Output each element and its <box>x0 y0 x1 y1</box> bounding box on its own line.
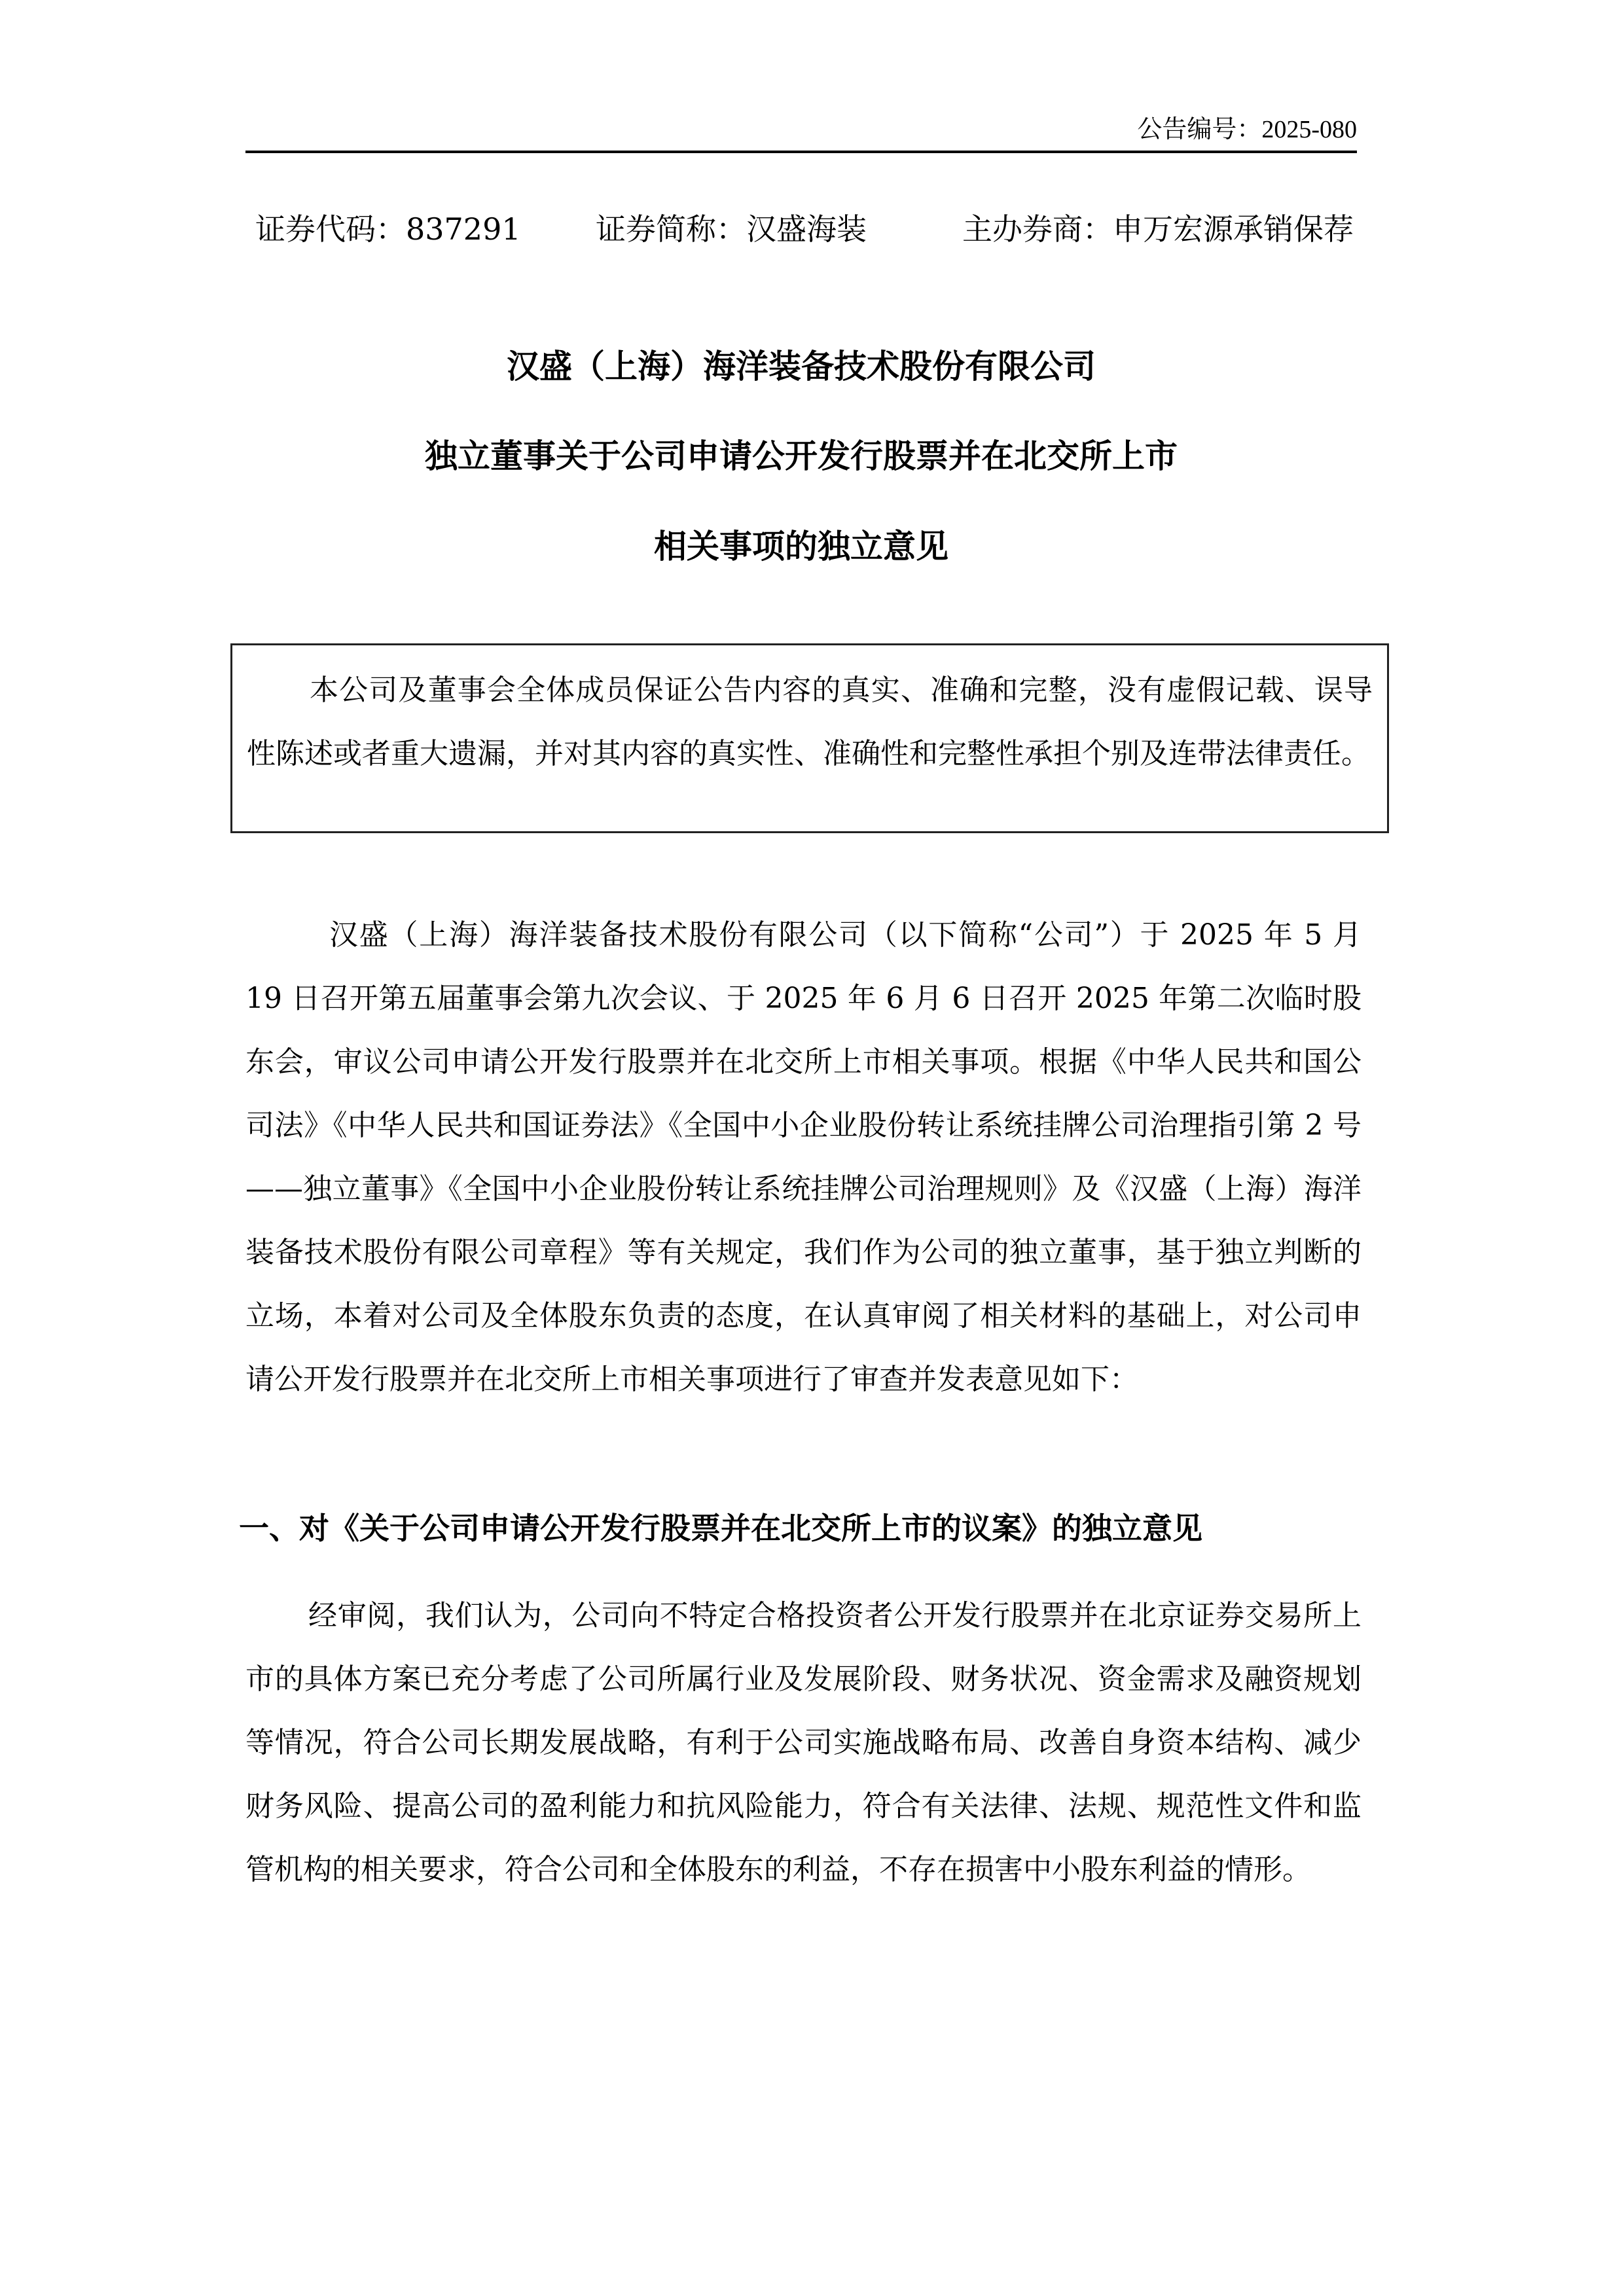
securities-short-name: 证券简称：汉盛海装 <box>596 206 962 252</box>
sponsor-broker: 主办券商：申万宏源承销保荐 <box>962 206 1354 252</box>
page-header: 公告编号：2025-080 <box>245 111 1357 153</box>
announcement-number: 公告编号：2025-080 <box>1137 113 1357 147</box>
securities-info-line: 证券代码：837291证券简称：汉盛海装主办券商：申万宏源承销保荐 <box>255 206 1407 252</box>
disclaimer-box: 本公司及董事会全体成员保证公告内容的真实、准确和完整，没有虚假记载、误导性陈述或… <box>230 643 1389 833</box>
document-title-line-3: 相关事项的独立意见 <box>245 524 1357 569</box>
securities-code: 证券代码：837291 <box>255 206 596 252</box>
document-title-line-2: 独立董事关于公司申请公开发行股票并在北交所上市 <box>245 433 1357 479</box>
section-1-paragraph: 经审阅，我们认为，公司向不特定合格投资者公开发行股票并在北京证券交易所上市的具体… <box>245 1584 1362 1901</box>
disclaimer-text: 本公司及董事会全体成员保证公告内容的真实、准确和完整，没有虚假记载、误导性陈述或… <box>247 658 1373 785</box>
document-title-line-1: 汉盛（上海）海洋装备技术股份有限公司 <box>245 344 1357 389</box>
intro-paragraph: 汉盛（上海）海洋装备技术股份有限公司（以下简称“公司”）于 2025 年 5 月… <box>245 903 1362 1411</box>
section-1-heading: 一、对《关于公司申请公开发行股票并在北交所上市的议案》的独立意见 <box>239 1505 1384 1551</box>
